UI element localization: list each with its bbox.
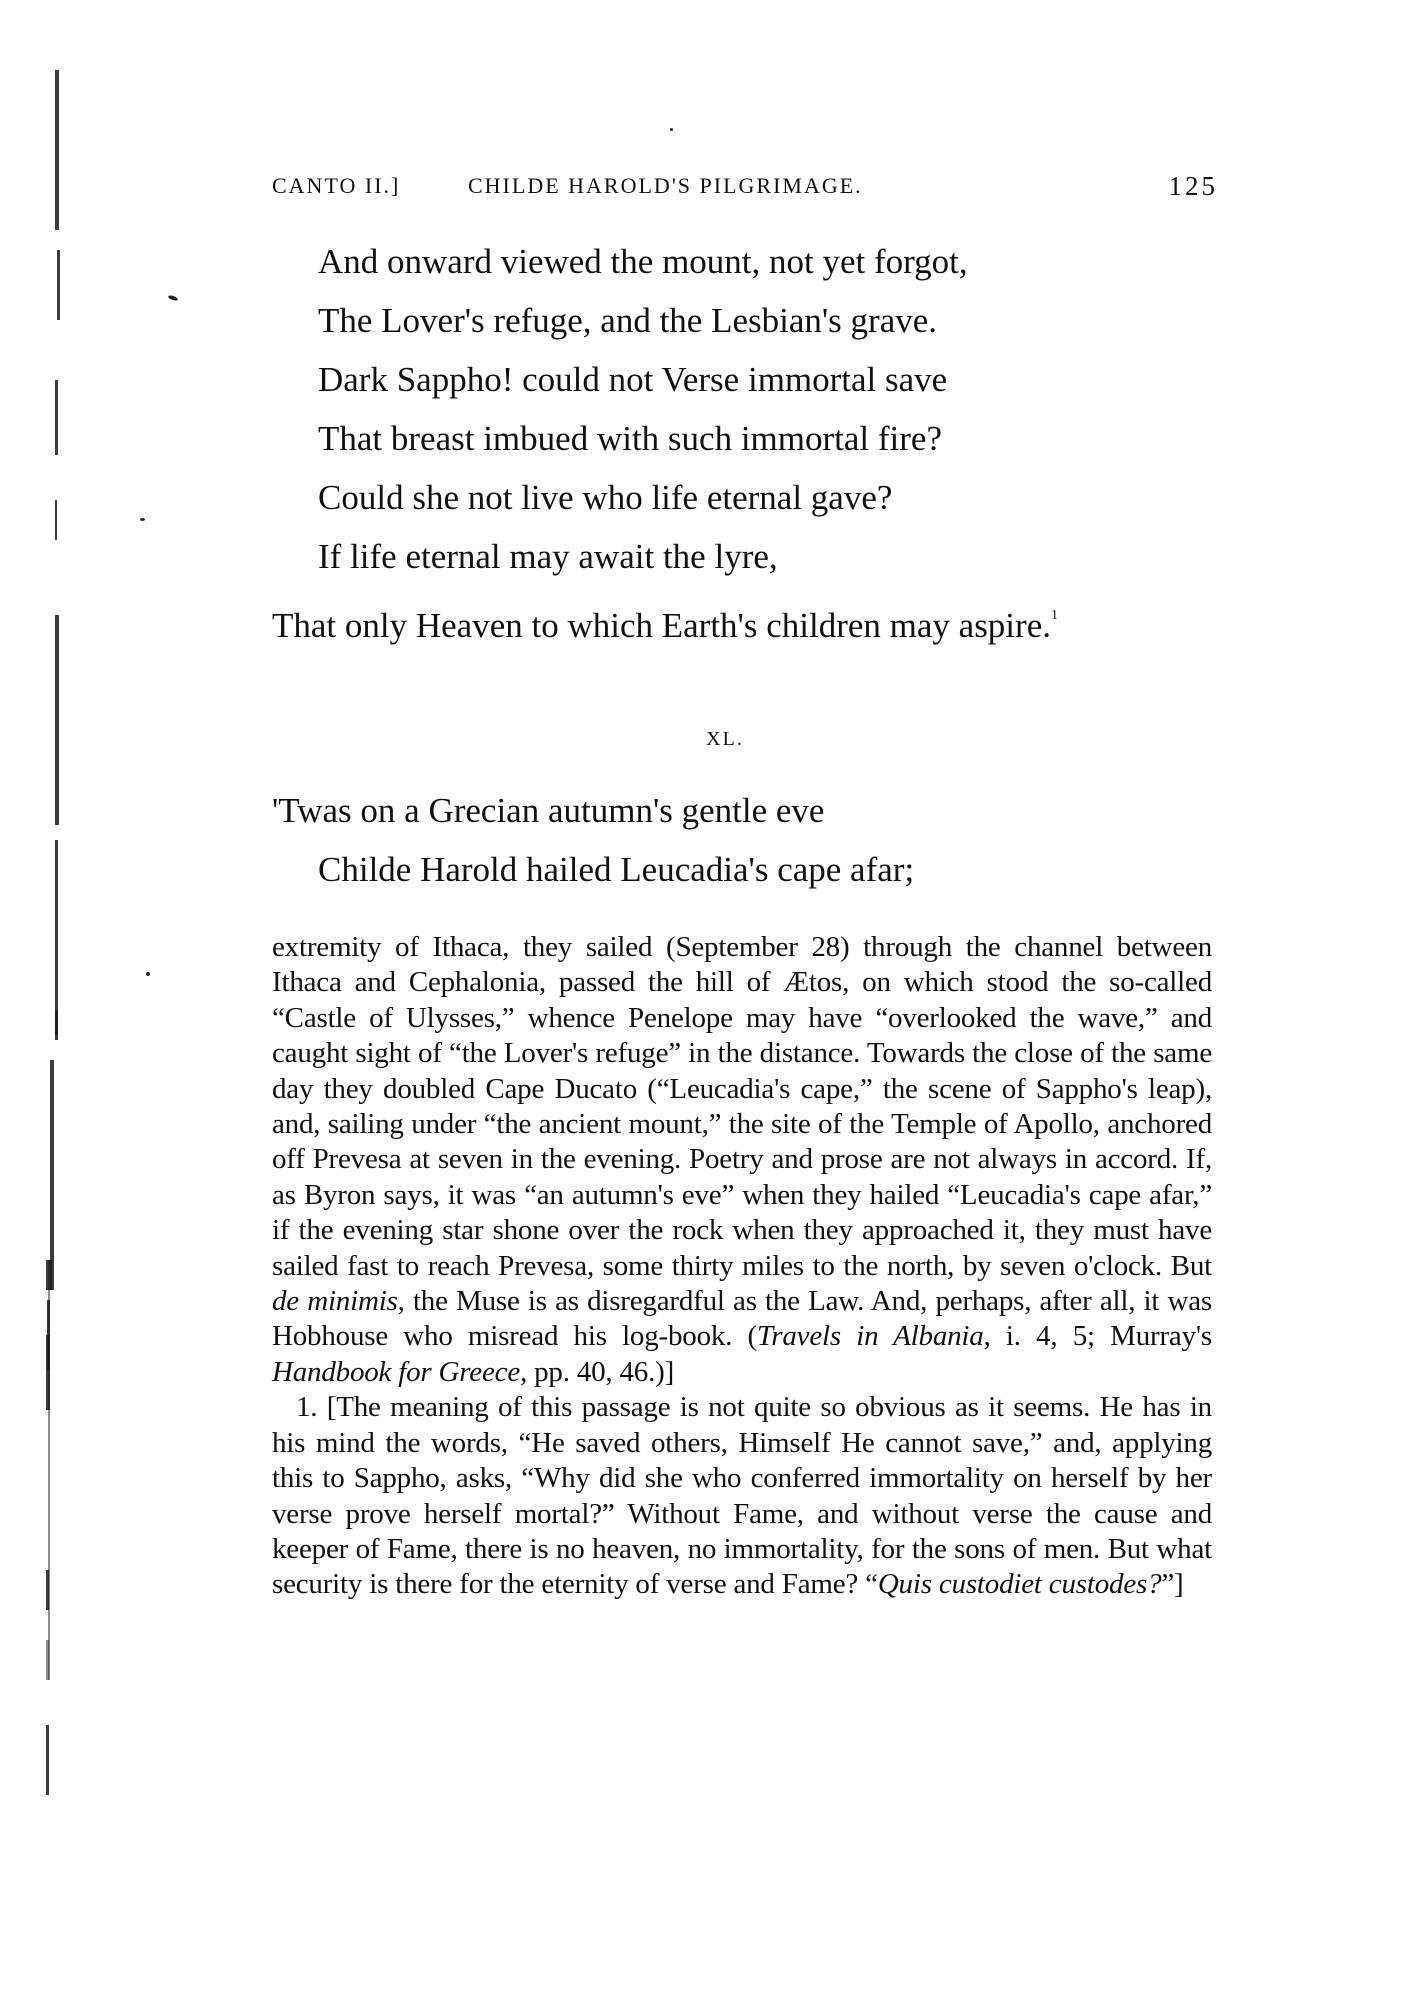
scan-mark xyxy=(55,1010,58,1040)
note-italic: Quis custodiet custodes? xyxy=(878,1568,1162,1600)
note-italic-title: Handbook for Greece xyxy=(272,1356,520,1388)
running-head: CANTO II.] CHILDE HAROLD'S PILGRIMAGE. 1… xyxy=(272,166,1218,206)
note-italic-title: Travels in Albania xyxy=(757,1320,984,1352)
footnote-marker: 1 xyxy=(1051,608,1058,623)
scan-mark xyxy=(46,1570,49,1610)
scan-speck xyxy=(140,518,145,521)
note-text: extremity of Ithaca, they sailed (Septem… xyxy=(272,931,1212,1282)
scan-mark xyxy=(48,1260,50,1680)
scan-mark xyxy=(46,1335,50,1410)
verse-line: 'Twas on a Grecian autumn's gentle eve xyxy=(272,781,1232,840)
note-text: , pp. 40, 46.)] xyxy=(520,1356,674,1388)
scan-speck xyxy=(670,128,673,131)
verse-line-alexandrine: That only Heaven to which Earth's childr… xyxy=(272,586,1232,655)
scan-mark xyxy=(57,250,60,320)
stanza-number: XL. xyxy=(0,728,1405,751)
scan-speck xyxy=(168,294,179,301)
page-number: 125 xyxy=(1169,171,1219,202)
scan-mark xyxy=(55,380,58,455)
scan-mark xyxy=(55,615,59,825)
verse-line: If life eternal may await the lyre, xyxy=(272,527,1232,586)
verse-stanza-xxxix-end: And onward viewed the mount, not yet for… xyxy=(272,232,1232,655)
scan-mark xyxy=(55,840,58,1035)
scan-mark xyxy=(55,500,57,540)
verse-line: Could she not live who life eternal gave… xyxy=(272,468,1232,527)
scan-mark xyxy=(50,1060,54,1290)
footnote-number: 1. xyxy=(296,1391,317,1423)
scan-mark xyxy=(46,1725,49,1795)
verse-stanza-xl: 'Twas on a Grecian autumn's gentle eve C… xyxy=(272,781,1232,899)
note-text: , i. 4, 5; Murray's xyxy=(984,1320,1212,1352)
note-italic: de minimis xyxy=(272,1285,398,1317)
scan-speck xyxy=(146,972,150,976)
verse-line: Childe Harold hailed Leucadia's cape afa… xyxy=(272,840,1232,899)
running-head-title: CHILDE HAROLD'S PILGRIMAGE. xyxy=(468,173,1169,199)
verse-line: The Lover's refuge, and the Lesbian's gr… xyxy=(272,291,1232,350)
verse-line: And onward viewed the mount, not yet for… xyxy=(272,232,1232,291)
note-text: ”] xyxy=(1161,1568,1183,1600)
verse-line: That breast imbued with such immortal fi… xyxy=(272,409,1232,468)
verse-line: Dark Sappho! could not Verse immortal sa… xyxy=(272,350,1232,409)
running-head-canto: CANTO II.] xyxy=(272,173,468,199)
scan-mark xyxy=(55,70,59,230)
notes-section: extremity of Ithaca, they sailed (Septem… xyxy=(272,930,1212,1603)
scan-mark xyxy=(46,1640,49,1680)
footnote-1: 1. [The meaning of this passage is not q… xyxy=(272,1390,1212,1602)
note-continuation: extremity of Ithaca, they sailed (Septem… xyxy=(272,930,1212,1390)
verse-line-text: That only Heaven to which Earth's childr… xyxy=(272,606,1051,645)
